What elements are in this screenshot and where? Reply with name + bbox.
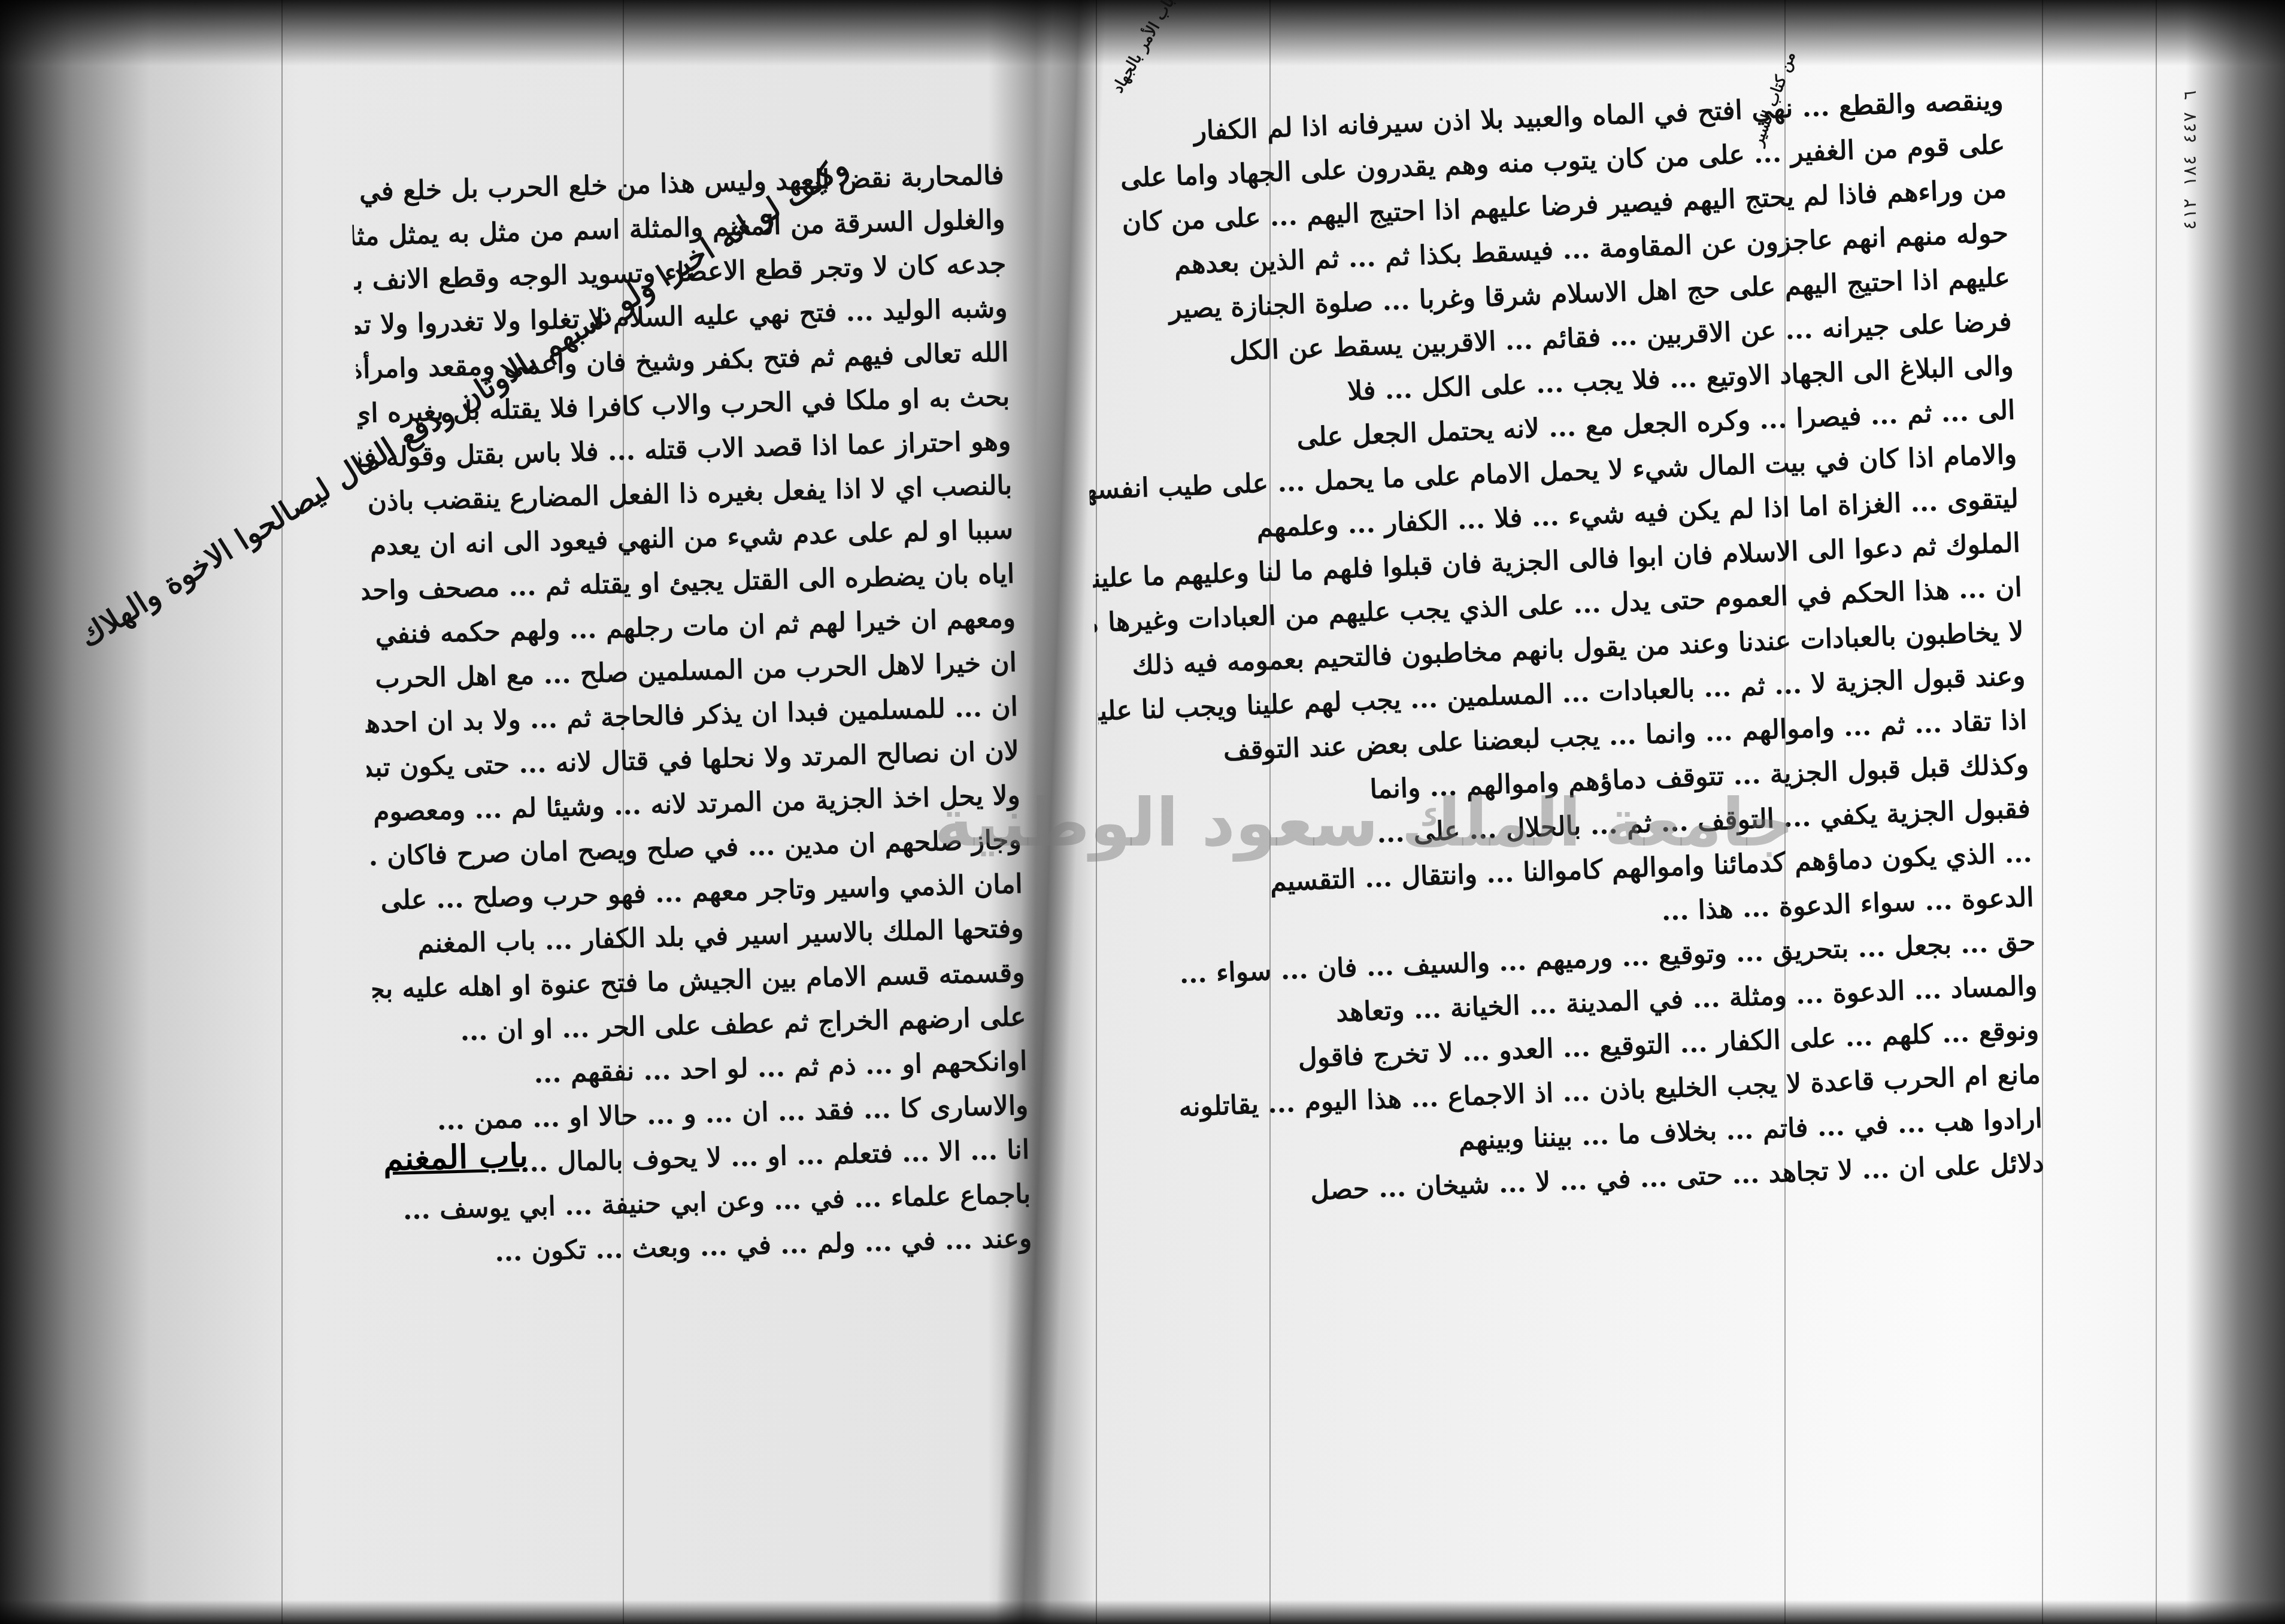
scan-bottom-edge-shadow	[0, 1600, 2285, 1624]
heading-bab-al-maghnam: باب المغنم	[383, 1136, 529, 1178]
ruling-line	[281, 0, 283, 1624]
chapter-heading: باب المغنم	[383, 1136, 529, 1178]
ruling-line	[2156, 0, 2157, 1624]
ruling-line	[2042, 0, 2043, 1624]
left-page-text-block: فالمحاربة نقض العهد وليس هذا من خلع الحر…	[351, 153, 1032, 1278]
shelfmark-number: ٦ ٤٤٧ ١٨٤ ٤١٢	[2180, 90, 2201, 231]
right-page-text-block: وينقصه والقطع ... نهي افتح في الماه والع…	[1075, 78, 2045, 1221]
library-watermark: جامعة الملك سعود الوطنية	[934, 784, 1794, 861]
